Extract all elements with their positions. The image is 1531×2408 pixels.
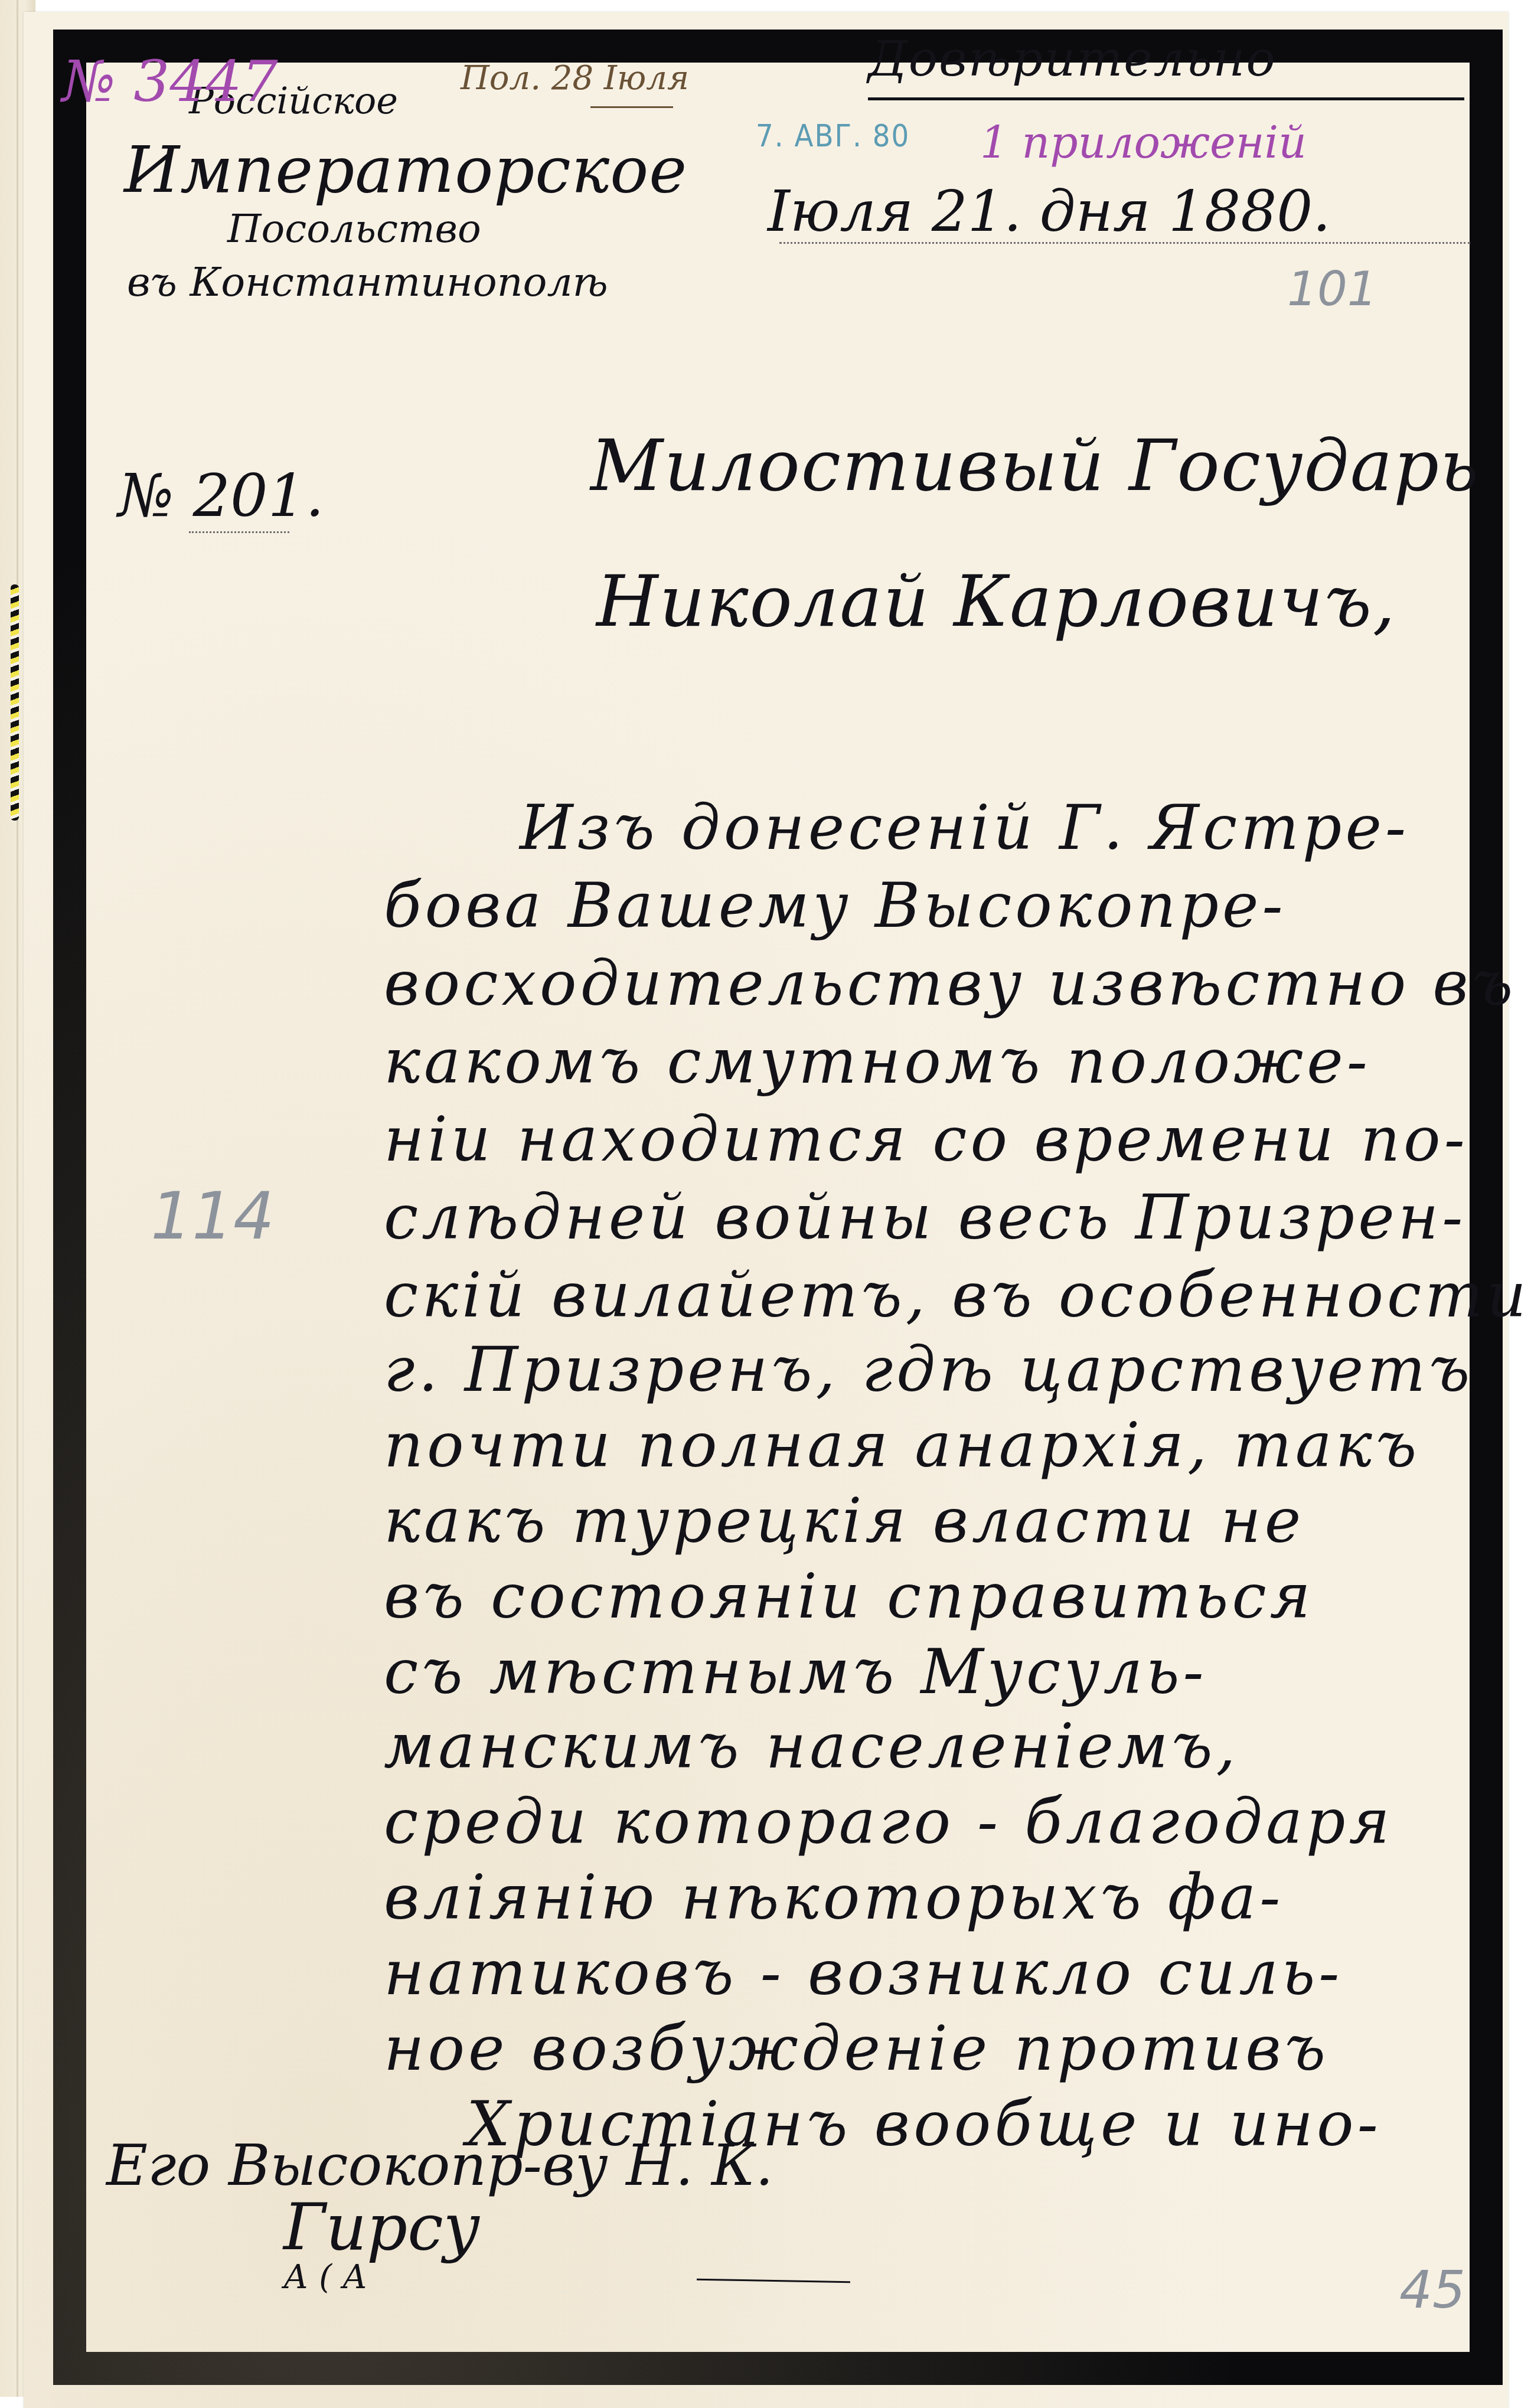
body-line: слѣдней войны весь Призрен-: [384, 1187, 1466, 1248]
addressee-line-2: Гирсу: [283, 2196, 480, 2260]
enclosures-note: 1 приложеній: [980, 121, 1307, 165]
classification-label: Довѣрительно: [868, 35, 1277, 84]
body-line: какомъ смутномъ положе-: [384, 1031, 1371, 1092]
salutation-line-2: Николай Карловичъ,: [596, 567, 1396, 638]
body-line: въ состояніи справиться: [384, 1566, 1314, 1627]
letterhead-line-2: Императорское: [124, 139, 687, 202]
doc-number-dotted-line: [189, 531, 289, 533]
body-line: манскимъ населеніемъ,: [384, 1716, 1239, 1777]
body-line: натиковъ - возникло силь-: [384, 1942, 1343, 2004]
archive-number: № 3447: [62, 53, 278, 110]
classification-underline: [868, 97, 1464, 100]
body-line: съ мѣстнымъ Мусуль-: [384, 1641, 1207, 1703]
received-date-stamp: 7. АВГ. 80: [756, 121, 910, 152]
received-note-underline: [590, 106, 673, 108]
letterhead-line-4: въ Константинополѣ: [127, 263, 608, 303]
salutation-line-1: Милостивый Государь: [590, 431, 1480, 502]
document-scan: Россійское Императорское Посольство въ К…: [0, 0, 1531, 2408]
body-line: почти полная анархія, такъ: [384, 1414, 1420, 1476]
paraph-marks: А ( А: [283, 2261, 367, 2294]
addressee-line-1: Его Высокопр-ву Н. К.: [106, 2137, 773, 2194]
received-note: Пол. 28 Іюля: [461, 62, 689, 95]
body-line: ніи находится со времени по-: [384, 1109, 1468, 1170]
date-dotted-line: [779, 242, 1470, 244]
body-line: г. Призренъ, гдѣ царствуетъ: [384, 1339, 1473, 1400]
body-line: Изъ донесеній Г. Ястре-: [520, 797, 1409, 858]
body-line: ное возбужденіе противъ: [384, 2018, 1329, 2079]
page-fold-line: [17, 0, 18, 2397]
body-line: скій вилайетъ, въ особенности: [384, 1265, 1530, 1326]
body-line: вліянію нѣкоторыхъ фа-: [384, 1867, 1284, 1928]
body-line: бова Вашему Высокопре-: [384, 875, 1287, 936]
body-line: среди котораго - благодаря: [384, 1791, 1393, 1852]
letter-date: Іюля 21. дня 1880.: [768, 183, 1331, 240]
document-number: № 201.: [118, 466, 324, 525]
pencil-margin-note: 114: [151, 1184, 275, 1249]
pencil-page-number: 45: [1399, 2264, 1465, 2316]
body-line: какъ турецкія власти не: [384, 1490, 1304, 1551]
pencil-folio-number: 101: [1287, 266, 1377, 313]
binding-cord: [11, 584, 19, 821]
body-line: восходительству извѣстно въ: [384, 953, 1516, 1014]
letterhead-line-3: Посольство: [227, 210, 481, 249]
